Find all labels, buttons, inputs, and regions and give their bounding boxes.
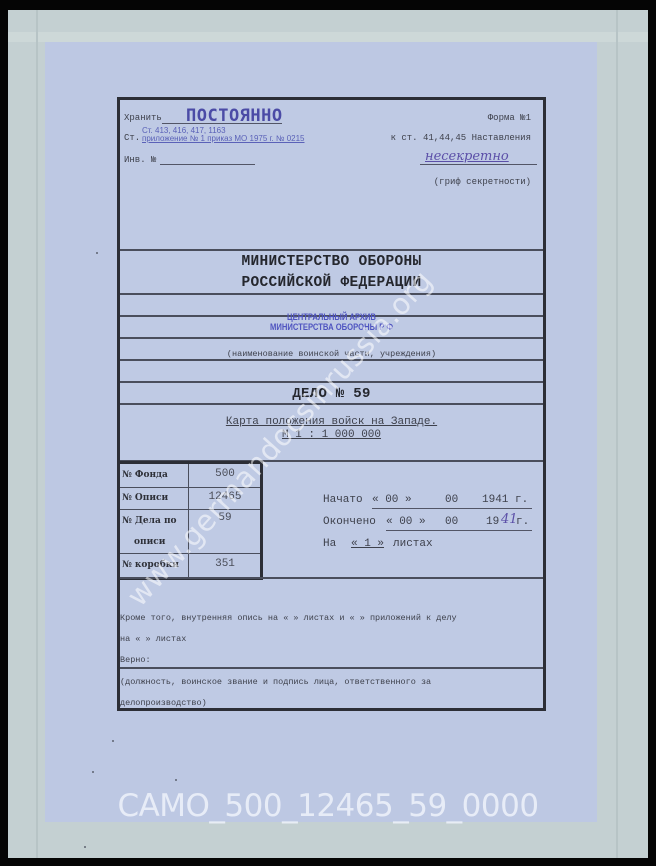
ministry-line2: РОССИЙСКОЙ ФЕДЕРАЦИИ [120,275,543,291]
ended-year-suffix: г. [516,516,529,528]
secrecy-handwritten: несекретно [425,149,509,164]
ended-month: 00 [445,516,458,528]
speck [92,771,94,773]
central-archive-stamp: ЦЕНТРАЛЬНЫЙ АРХИВ МИНИСТЕРСТВА ОБОРОНЫ Р… [152,312,512,332]
ministry-line1: МИНИСТЕРСТВО ОБОРОНЫ [120,254,543,270]
sheets-label-suffix: листах [393,538,433,550]
secrecy-underline [420,164,537,165]
case-description-line2: М 1 : 1 000 000 [120,429,543,441]
archive-stamp-line1: ЦЕНТРАЛЬНЫЙ АРХИВ [152,312,512,322]
started-underline [372,508,532,509]
started-day: « 00 » [372,494,412,506]
speck [84,846,86,848]
form-divider [120,249,543,251]
responsible-caption-line1: (должность, воинское звание и подпись ли… [120,677,431,687]
delo-label: № Дела по [122,516,177,526]
speck [96,252,98,254]
started-year: 1941 г. [482,494,528,506]
scan-edge-line [36,10,38,858]
scan-edge-line [616,10,618,858]
responsible-caption-line2: делопроизводство) [120,698,207,708]
scan-edge-stripe [8,32,648,42]
regulation-reference: к ст. 41,44,45 Наставления [391,133,531,143]
verified-label: Верно: [120,655,151,665]
article-stamp-line2: приложение № 1 приказ МО 1975 г. № 0215 [142,134,305,143]
speck [112,740,114,742]
inventory-number-label: Инв. № [124,155,156,165]
inventory-note-line2: на « » листах [120,634,186,644]
opis-label: № Описи [122,493,168,503]
ended-year-prefix: 19 [486,516,499,528]
started-label: Начато [323,494,363,506]
ended-day: « 00 » [386,516,426,528]
image-id-caption: CAMO_500_12465_59_0000 [0,788,656,824]
archive-stamp-line2: МИНИСТЕРСТВА ОБОРОНЫ Р Ф [152,322,512,332]
article-label: Ст. [124,133,140,143]
form-number: Форма №1 [488,113,531,123]
started-month: 00 [445,494,458,506]
permanent-storage-stamp: ПОСТОЯННО [186,106,283,126]
form-divider [120,667,543,669]
ended-label: Окончено [323,516,376,528]
storage-label: Хранить [124,113,162,123]
ended-underline [386,530,532,531]
form-divider [120,337,543,339]
box-value: 351 [189,558,261,570]
case-description-line1: Карта положения войск на Западе. [120,416,543,428]
fond-label: № Фонда [122,470,168,480]
speck [175,779,177,781]
secrecy-caption: (гриф секретности) [434,177,531,187]
inventory-underline [160,164,255,165]
form-divider [120,293,543,295]
form-divider [120,577,543,579]
sheets-count: « 1 » [351,538,384,550]
sheets-label-prefix: На [323,538,336,550]
inventory-note-line1: Кроме того, внутренняя опись на « » лист… [120,613,457,623]
